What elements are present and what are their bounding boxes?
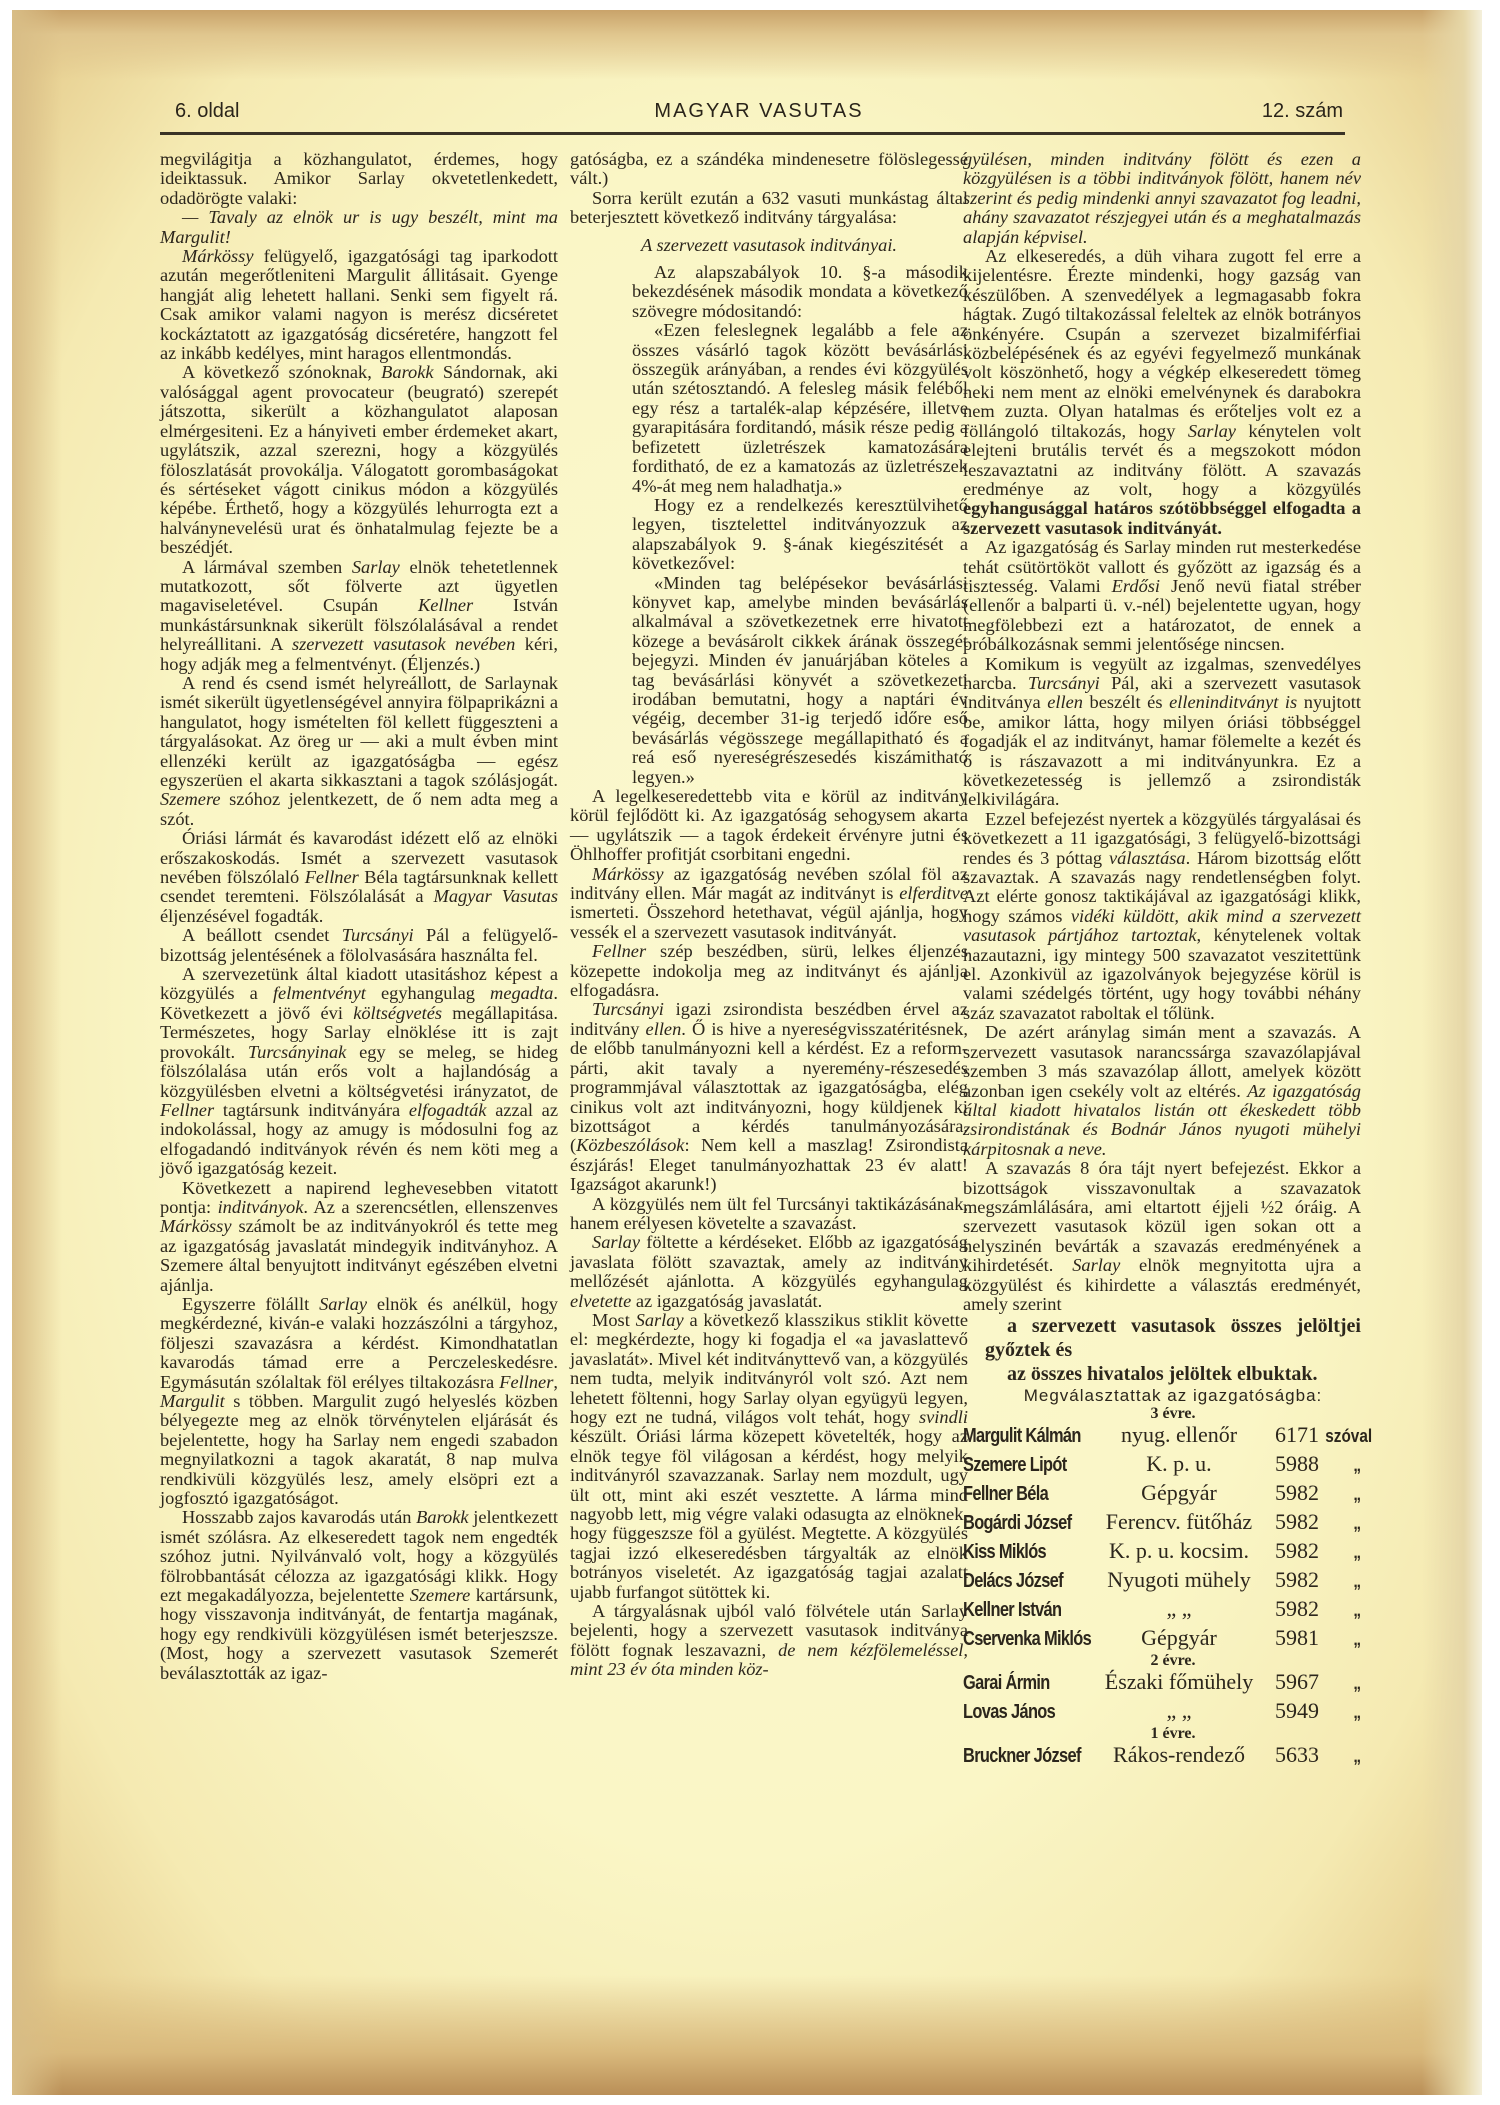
result-row: Delács JózsefNyugoti mühely5982„ [963,1566,1361,1595]
paragraph: Sorra került ezután a 632 vasuti munkást… [570,189,968,228]
candidate-place: Nyugoti mühely [1103,1566,1255,1593]
paragraph: megvilágitja a közhangulatot, érdemes, h… [160,150,558,208]
candidate-place: Északi főmühely [1103,1668,1255,1695]
term-label: 3 évre. [963,1406,1361,1421]
term-label: 2 évre. [963,1653,1361,1668]
candidate-place: Gépgyár [1103,1479,1255,1506]
result-row: Kiss MiklósK. p. u. kocsim.5982„ [963,1537,1361,1566]
paragraph: Sarlay föltette a kérdéseket. Előbb az i… [570,1233,968,1311]
result-row: Lovas János„ „5949„ [963,1697,1361,1726]
aged-edge-bottom [12,1975,1482,2095]
paragraph: Komikum is vegyült az izgalmas, szenvedé… [963,655,1361,810]
candidate-votes: 6171 [1255,1421,1319,1448]
paragraph: A szervezetünk által kiadott utasitáshoz… [160,965,558,1178]
paragraph: A legelkeseredettebb vita e körül az ind… [570,787,968,865]
paragraph: gatóságba, ez a szándéka mindenesetre fö… [570,150,968,189]
candidate-name: Kiss Miklós [963,1539,1078,1566]
paragraph: Ezzel befejezést nyertek a közgyülés tár… [963,810,1361,1023]
page-header: 6. oldal MAGYAR VASUTAS 12. szám [175,100,1343,130]
candidate-votes: 5988 [1255,1450,1319,1477]
candidate-unit: „ [1325,1481,1361,1508]
candidate-name: Szemere Lipót [963,1452,1078,1479]
paragraph: A beállott csendet Turcsányi Pál a felüg… [160,926,558,965]
candidate-name: Fellner Béla [963,1481,1078,1508]
candidate-unit: „ [1325,1539,1361,1566]
candidate-place: K. p. u. kocsim. [1103,1537,1255,1564]
result-row: Margulit Kálmánnyug. ellenőr6171szóval [963,1421,1361,1450]
candidate-votes: 5982 [1255,1595,1319,1622]
result-announcement: az összes hivatalos jelöltek elbuktak. [963,1362,1361,1386]
paragraph: Most Sarlay a következő klasszikus stikl… [570,1311,968,1602]
article-column-2: gatóságba, ez a szándéka mindenesetre fö… [570,150,968,1680]
candidate-name: Bogárdi József [963,1510,1078,1537]
candidate-name: Delács József [963,1568,1078,1595]
paragraph: Hogy ez a rendelkezés keresztülvihető le… [632,496,968,574]
section-heading: A szervezett vasutasok inditványai. [570,236,968,255]
result-row: Bogárdi JózsefFerencv. fütőház5982„ [963,1508,1361,1537]
election-results-table: 3 évre.Margulit Kálmánnyug. ellenőr6171s… [963,1406,1361,1770]
candidate-place: „ „ [1103,1595,1255,1622]
paragraph: Fellner szép beszédben, sürü, lelkes élj… [570,942,968,1000]
candidate-votes: 5981 [1255,1624,1319,1651]
paragraph: A következő szónoknak, Barokk Sándornak,… [160,363,558,557]
result-row: Szemere LipótK. p. u.5988„ [963,1450,1361,1479]
candidate-place: K. p. u. [1103,1450,1255,1477]
paragraph: Márkössy felügyelő, igazgatósági tag ipa… [160,247,558,363]
candidate-votes: 5982 [1255,1508,1319,1535]
candidate-unit: szóval [1325,1423,1361,1450]
paragraph: Az alapszabályok 10. §-a második bekezdé… [632,263,968,321]
aged-edge-top [12,10,1482,80]
term-label: 1 évre. [963,1726,1361,1741]
paragraph: «Minden tag belépésekor bevásárlási köny… [632,574,968,787]
candidate-name: Garai Ármin [963,1670,1078,1697]
candidate-votes: 5949 [1255,1697,1319,1724]
paragraph: gyülésen, minden inditvány fölött és eze… [963,150,1361,247]
candidate-unit: „ [1325,1568,1361,1595]
candidate-name: Margulit Kálmán [963,1423,1078,1450]
candidate-unit: „ [1325,1452,1361,1479]
candidate-unit: „ [1325,1743,1361,1770]
paragraph: Egyszerre fölállt Sarlay elnök és anélkü… [160,1295,558,1508]
paragraph: Következett a napirend leghevesebben vit… [160,1179,558,1295]
candidate-place: Rákos-rendező [1103,1741,1255,1768]
result-row: Fellner BélaGépgyár5982„ [963,1479,1361,1508]
paragraph: A rend és csend ismét helyreállott, de S… [160,674,558,829]
result-row: Bruckner JózsefRákos-rendező5633„ [963,1741,1361,1770]
candidate-votes: 5633 [1255,1741,1319,1768]
candidate-votes: 5982 [1255,1566,1319,1593]
candidate-place: Ferencv. fütőház [1103,1508,1255,1535]
candidate-unit: „ [1325,1670,1361,1697]
candidate-place: nyug. ellenőr [1103,1421,1255,1448]
issue-number: 12. szám [1262,100,1343,123]
candidate-name: Lovas János [963,1699,1078,1726]
result-row: Kellner István„ „5982„ [963,1595,1361,1624]
paragraph: Márkössy az igazgatóság nevében szólal f… [570,865,968,943]
candidate-unit: „ [1325,1510,1361,1537]
header-rule [160,132,1345,135]
paragraph: De azért aránylag simán ment a szavazás.… [963,1023,1361,1159]
paragraph: Óriási lármát és kavarodást idézett elő … [160,829,558,926]
candidate-votes: 5967 [1255,1668,1319,1695]
candidate-name: Bruckner József [963,1743,1078,1770]
motion-text-block: Az alapszabályok 10. §-a második bekezdé… [570,263,968,787]
aged-edge-right [1422,10,1482,2095]
paragraph: A szavazás 8 óra tájt nyert befejezést. … [963,1159,1361,1314]
result-announcement: a szervezett vasutasok összes jelöltjei … [963,1314,1361,1362]
candidate-unit: „ [1325,1597,1361,1624]
candidate-place: Gépgyár [1103,1624,1255,1651]
candidate-name: Kellner István [963,1597,1078,1624]
quote-line: — Tavaly az elnök ur is ugy beszélt, min… [160,208,558,247]
paragraph: A közgyülés nem ült fel Turcsányi taktik… [570,1195,968,1234]
results-title: Megválasztattak az igazgatóságba: [963,1386,1361,1405]
result-row: Garai ÁrminÉszaki főmühely5967„ [963,1668,1361,1697]
candidate-unit: „ [1325,1626,1361,1653]
paragraph: «Ezen feleslegnek legalább a fele az öss… [632,321,968,496]
candidate-votes: 5982 [1255,1479,1319,1506]
candidate-place: „ „ [1103,1697,1255,1724]
candidate-votes: 5982 [1255,1537,1319,1564]
paragraph: Turcsányi igazi zsirondista beszédben ér… [570,1000,968,1194]
result-row: Cservenka MiklósGépgyár5981„ [963,1624,1361,1653]
candidate-name: Cservenka Miklós [963,1626,1078,1653]
paragraph: A tárgyalásnak ujból való fölvétele után… [570,1602,968,1680]
publication-title: MAGYAR VASUTAS [175,100,1343,123]
candidate-unit: „ [1325,1699,1361,1726]
paragraph: Hosszabb zajos kavarodás után Barokk jel… [160,1508,558,1683]
article-column-1: megvilágitja a közhangulatot, érdemes, h… [160,150,558,1683]
paragraph: Az elkeseredés, a düh vihara zugott fel … [963,247,1361,538]
paragraph: Az igazgatóság és Sarlay minden rut mest… [963,538,1361,654]
article-column-3: gyülésen, minden inditvány fölött és eze… [963,150,1361,1770]
aged-edge-left [12,10,62,2095]
paragraph: A lármával szemben Sarlay elnök tehetetl… [160,558,558,674]
